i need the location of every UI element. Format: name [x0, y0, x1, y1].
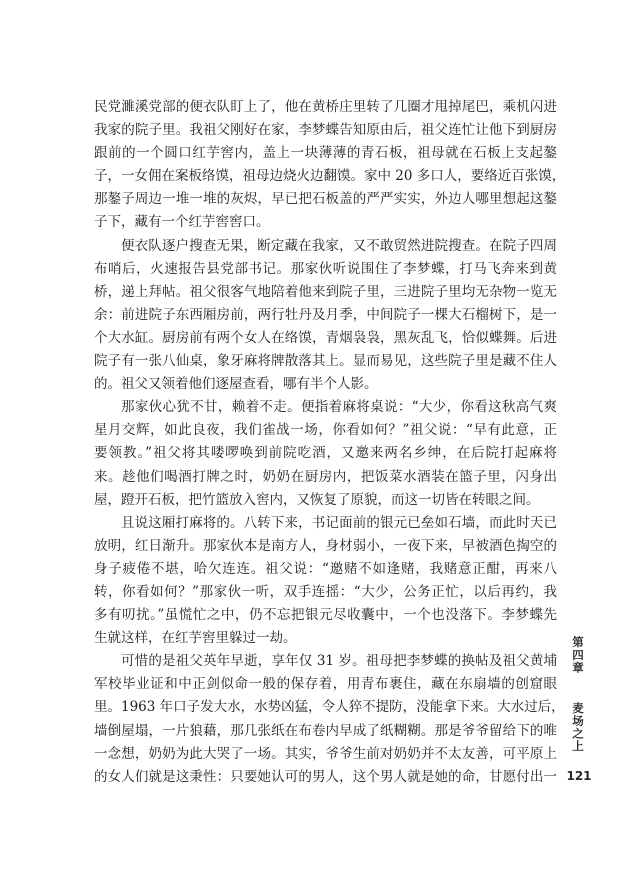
- text-line: 军校毕业证和中正剑似命一般的保存着，用青布裹住，藏在东扇墙的创窟眼: [94, 673, 557, 696]
- paragraph-5: 可惜的是祖父英年早逝，享年仅 31 岁。祖母把李梦蝶的换帖及祖父黄埔 军校毕业证…: [94, 650, 557, 789]
- text-line: 桥，递上拜帖。祖父很客气地陪着他来到院子里，三进院子里均无杂物一览无: [94, 281, 557, 304]
- text-line: 便衣队逐户搜查无果，断定藏在我家，又不敢贸然进院搜查。在院子四周: [94, 235, 557, 258]
- text-line: 余：前进院子东西厢房前，两行牡丹及月季，中间院子一棵大石榴树下，是一: [94, 304, 557, 327]
- text-line: 里。1963 年口子发大水，水势凶猛，令人猝不提防，没能拿下来。大水过后，: [94, 696, 557, 719]
- text-line: 屋，蹬开石板，把竹篮放入窖内，又恢复了原貌，而这一切皆在转眼之间。: [94, 489, 557, 512]
- text-line: 跟前的一个圆口红芋窖内，盖上一块薄薄的青石板，祖母就在石板上支起鏊: [94, 142, 557, 165]
- text-line: 那鏊子周边一堆一堆的灰烬，早已把石板盖的严严实实，外边人哪里想起这鏊: [94, 188, 557, 211]
- text-line: 布哨后，火速报告县党部书记。那家伙听说围住了李梦蝶，打马飞奔来到黄: [94, 258, 557, 281]
- text-line: 子下，藏有一个红芋窖窖口。: [94, 211, 557, 234]
- paragraph-3: 那家伙心犹不甘，赖着不走。便指着麻将桌说：“大少，你看这秋高气爽 星月交辉，如此…: [94, 396, 557, 511]
- text-line: 墙倒屋塌，一片狼藉，那几张纸在布卷内早成了纸糊糊。那是爷爷留给下的唯: [94, 720, 557, 743]
- paragraph-4: 且说这厢打麻将的。八转下来，书记面前的银元已垒如石墙，而此时天已 放明，红日渐升…: [94, 512, 557, 651]
- chapter-title: 麦场之上: [571, 702, 585, 753]
- chapter-side-label: 第四章 麦场之上: [570, 636, 586, 753]
- text-line: 的女人们就是这秉性：只要她认可的男人，这个男人就是她的命，甘愿付出一: [94, 766, 557, 789]
- text-line: 的。祖父又领着他们逐屋查看，哪有半个人影。: [94, 373, 557, 396]
- text-line: 星月交辉，如此良夜，我们雀战一场，你看如何？”祖父说：“早有此意，正: [94, 419, 557, 442]
- text-line: 个大水缸。厨房前有两个女人在络馍，青烟袅袅，黑灰乱飞，恰似蝶舞。后进: [94, 327, 557, 350]
- text-line: 放明，红日渐升。那家伙本是南方人，身材弱小，一夜下来，早被酒色掏空的: [94, 535, 557, 558]
- text-line: 来。趁他们喝酒打牌之时，奶奶在厨房内，把饭菜水酒装在篮子里，闪身出: [94, 466, 557, 489]
- text-line: 多有叨扰。”虽慌忙之中，仍不忘把银元尽收囊中，一个也没落下。李梦蝶先: [94, 604, 557, 627]
- text-line: 院子有一张八仙桌，象牙麻将牌散落其上。显而易见，这些院子里是藏不住人: [94, 350, 557, 373]
- text-line: 身子疲倦不堪，哈欠连连。祖父说：“邀赌不如逢赌，我赌意正酣，再来八: [94, 558, 557, 581]
- page-number: 121: [566, 769, 592, 783]
- text-line: 一念想，奶奶为此大哭了一场。其实，爷爷生前对奶奶并不太友善，可平原上: [94, 743, 557, 766]
- text-line: 我家的院子里。我祖父刚好在家，李梦蝶告知原由后，祖父连忙让他下到厨房: [94, 119, 557, 142]
- chapter-number: 第四章: [571, 636, 585, 674]
- text-line: 可惜的是祖父英年早逝，享年仅 31 岁。祖母把李梦蝶的换帖及祖父黄埔: [94, 650, 557, 673]
- paragraph-1: 民党濉溪党部的便衣队盯上了，他在黄桥庄里转了几圈才甩掉尾巴，乘机闪进 我家的院子…: [94, 96, 557, 235]
- text-line: 子，一女佣在案板络馍，祖母边烧火边翻馍。家中 20 多口人，要络近百张馍，: [94, 165, 557, 188]
- paragraph-2: 便衣队逐户搜查无果，断定藏在我家，又不敢贸然进院搜查。在院子四周 布哨后，火速报…: [94, 235, 557, 397]
- text-line: 生就这样，在红芋窖里躲过一劫。: [94, 627, 557, 650]
- text-line: 且说这厢打麻将的。八转下来，书记面前的银元已垒如石墙，而此时天已: [94, 512, 557, 535]
- text-line: 转，你看如何？”那家伙一听，双手连摇：“大少，公务正忙，以后再约，我: [94, 581, 557, 604]
- text-line: 民党濉溪党部的便衣队盯上了，他在黄桥庄里转了几圈才甩掉尾巴，乘机闪进: [94, 96, 557, 119]
- text-line: 那家伙心犹不甘，赖着不走。便指着麻将桌说：“大少，你看这秋高气爽: [94, 396, 557, 419]
- body-text: 民党濉溪党部的便衣队盯上了，他在黄桥庄里转了几圈才甩掉尾巴，乘机闪进 我家的院子…: [94, 96, 557, 789]
- text-line: 要领教。”祖父将其喽啰唤到前院吃酒，又邀来两名乡绅，在后院打起麻将: [94, 442, 557, 465]
- book-page: 民党濉溪党部的便衣队盯上了，他在黄桥庄里转了几圈才甩掉尾巴，乘机闪进 我家的院子…: [0, 0, 634, 891]
